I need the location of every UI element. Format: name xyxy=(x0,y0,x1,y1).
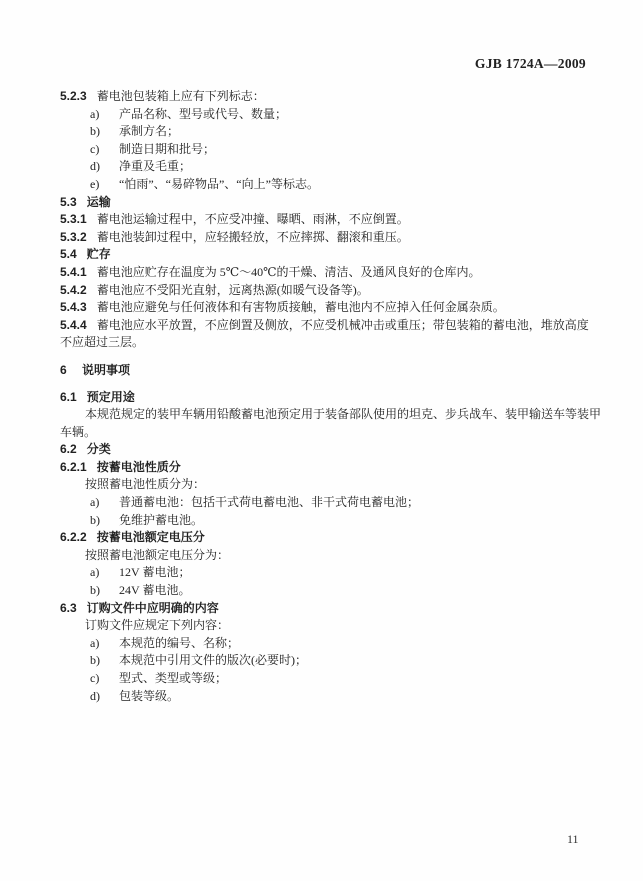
line-text: 蓄电池应避免与任何液体和有害物质接触，蓄电池内不应掉入任何金属杂质。 xyxy=(97,300,505,314)
line-text: 订购文件应规定下列内容： xyxy=(85,618,229,632)
line-text: 按蓄电池额定电压分 xyxy=(97,530,205,544)
list-item-label: b) xyxy=(90,582,119,600)
paragraph: 订购文件应规定下列内容： xyxy=(60,617,590,635)
paragraph: 本规范规定的装甲车辆用铅酸蓄电池预定用于装备部队使用的坦克、步兵战车、装甲输送车… xyxy=(60,406,590,424)
list-item: a)普通蓄电池：包括干式荷电蓄电池、非干式荷电蓄电池； xyxy=(60,494,590,512)
list-item: c)型式、类型或等级； xyxy=(60,670,590,688)
list-item: c)制造日期和批号； xyxy=(60,141,590,159)
line-continuation: 车辆。 xyxy=(60,424,590,442)
clause-line: 5.4.3蓄电池应避免与任何液体和有害物质接触，蓄电池内不应掉入任何金属杂质。 xyxy=(60,299,590,317)
page-number: 11 xyxy=(567,832,579,847)
list-item: b)本规范中引用文件的版次(必要时)； xyxy=(60,652,590,670)
section-heading: 6.3订购文件中应明确的内容 xyxy=(60,600,590,618)
clause-number: 6.2 xyxy=(60,441,87,459)
section-heading: 6.2.2按蓄电池额定电压分 xyxy=(60,529,590,547)
line-text: 蓄电池应不受阳光直射，远离热源(如暖气设备等)。 xyxy=(97,283,369,297)
line-text: 预定用途 xyxy=(87,390,135,404)
line-text: 型式、类型或等级； xyxy=(119,671,227,685)
line-text: 承制方名； xyxy=(119,124,179,138)
list-item-label: d) xyxy=(90,688,119,706)
line-text: 蓄电池装卸过程中，应轻搬轻放，不应摔掷、翻滚和重压。 xyxy=(97,230,409,244)
line-continuation: 不应超过三层。 xyxy=(60,334,590,352)
list-item-label: a) xyxy=(90,494,119,512)
section-heading: 6.1预定用途 xyxy=(60,389,590,407)
list-item: b)24V 蓄电池。 xyxy=(60,582,590,600)
clause-number: 5.4.2 xyxy=(60,282,97,300)
clause-number: 6 xyxy=(60,362,82,380)
list-item-label: a) xyxy=(90,564,119,582)
clause-number: 5.3 xyxy=(60,194,87,212)
line-text: 贮存 xyxy=(87,247,111,261)
clause-number: 6.2.2 xyxy=(60,529,97,547)
line-text: 蓄电池应贮存在温度为 5℃～40℃的干燥、清洁、及通风良好的仓库内。 xyxy=(97,265,481,279)
clause-line: 5.4.2蓄电池应不受阳光直射，远离热源(如暖气设备等)。 xyxy=(60,282,590,300)
clause-number: 5.2.3 xyxy=(60,88,97,106)
clause-number: 5.3.2 xyxy=(60,229,97,247)
line-text: 产品名称、型号或代号、数量； xyxy=(119,107,287,121)
clause-number: 5.3.1 xyxy=(60,211,97,229)
line-text: 普通蓄电池：包括干式荷电蓄电池、非干式荷电蓄电池； xyxy=(119,495,419,509)
line-text: 12V 蓄电池； xyxy=(119,565,190,579)
clause-line: 5.2.3蓄电池包装箱上应有下列标志： xyxy=(60,88,590,106)
list-item: e)“怕雨”、“易碎物品”、“向上”等标志。 xyxy=(60,176,590,194)
list-item-label: e) xyxy=(90,176,119,194)
line-text: 按照蓄电池性质分为： xyxy=(85,477,205,491)
list-item: b)免维护蓄电池。 xyxy=(60,512,590,530)
list-item-label: c) xyxy=(90,670,119,688)
list-item: a)产品名称、型号或代号、数量； xyxy=(60,106,590,124)
list-item-label: c) xyxy=(90,141,119,159)
chapter-heading: 6说明事项 xyxy=(60,362,590,380)
list-item: a)12V 蓄电池； xyxy=(60,564,590,582)
list-item-label: a) xyxy=(90,635,119,653)
document-page: GJB 1724A—2009 5.2.3蓄电池包装箱上应有下列标志：a)产品名称… xyxy=(0,0,643,881)
clause-number: 5.4.1 xyxy=(60,264,97,282)
line-text: 净重及毛重； xyxy=(119,159,191,173)
list-item: d)包装等级。 xyxy=(60,688,590,706)
clause-number: 6.2.1 xyxy=(60,459,97,477)
line-text: 按照蓄电池额定电压分为： xyxy=(85,548,229,562)
section-heading: 5.3运输 xyxy=(60,194,590,212)
list-item-label: a) xyxy=(90,106,119,124)
line-text: 制造日期和批号； xyxy=(119,142,215,156)
line-text: 本规范中引用文件的版次(必要时)； xyxy=(119,653,307,667)
paragraph: 按照蓄电池额定电压分为： xyxy=(60,547,590,565)
clause-number: 6.3 xyxy=(60,600,87,618)
line-text: 按蓄电池性质分 xyxy=(97,460,181,474)
standard-number-header: GJB 1724A—2009 xyxy=(475,56,586,72)
clause-number: 5.4.4 xyxy=(60,317,97,335)
line-text: 说明事项 xyxy=(82,363,130,377)
section-heading: 5.4贮存 xyxy=(60,246,590,264)
line-text: 分类 xyxy=(87,442,111,456)
section-heading: 6.2分类 xyxy=(60,441,590,459)
line-text: 本规范规定的装甲车辆用铅酸蓄电池预定用于装备部队使用的坦克、步兵战车、装甲输送车… xyxy=(85,407,601,421)
clause-line: 5.4.1蓄电池应贮存在温度为 5℃～40℃的干燥、清洁、及通风良好的仓库内。 xyxy=(60,264,590,282)
list-item-label: b) xyxy=(90,652,119,670)
list-item-label: b) xyxy=(90,512,119,530)
clause-number: 5.4 xyxy=(60,246,87,264)
paragraph: 按照蓄电池性质分为： xyxy=(60,476,590,494)
line-text: 蓄电池运输过程中，不应受冲撞、曝晒、雨淋，不应倒置。 xyxy=(97,212,409,226)
line-text: 蓄电池应水平放置，不应倒置及侧放，不应受机械冲击或重压；带包装箱的蓄电池，堆放高… xyxy=(97,318,589,332)
document-body: 5.2.3蓄电池包装箱上应有下列标志：a)产品名称、型号或代号、数量；b)承制方… xyxy=(60,88,590,705)
clause-number: 5.4.3 xyxy=(60,299,97,317)
line-text: 24V 蓄电池。 xyxy=(119,583,190,597)
list-item-label: d) xyxy=(90,158,119,176)
line-text: 本规范的编号、名称； xyxy=(119,636,239,650)
list-item-label: b) xyxy=(90,123,119,141)
line-text: “怕雨”、“易碎物品”、“向上”等标志。 xyxy=(119,177,319,191)
line-text: 蓄电池包装箱上应有下列标志： xyxy=(97,89,265,103)
clause-line: 5.4.4蓄电池应水平放置，不应倒置及侧放，不应受机械冲击或重压；带包装箱的蓄电… xyxy=(60,317,590,335)
list-item: d)净重及毛重； xyxy=(60,158,590,176)
clause-line: 5.3.1蓄电池运输过程中，不应受冲撞、曝晒、雨淋，不应倒置。 xyxy=(60,211,590,229)
line-text: 运输 xyxy=(87,195,111,209)
clause-number: 6.1 xyxy=(60,389,87,407)
line-text: 免维护蓄电池。 xyxy=(119,513,203,527)
clause-line: 5.3.2蓄电池装卸过程中，应轻搬轻放，不应摔掷、翻滚和重压。 xyxy=(60,229,590,247)
line-text: 包装等级。 xyxy=(119,689,179,703)
list-item: b)承制方名； xyxy=(60,123,590,141)
list-item: a)本规范的编号、名称； xyxy=(60,635,590,653)
line-text: 订购文件中应明确的内容 xyxy=(87,601,219,615)
section-heading: 6.2.1按蓄电池性质分 xyxy=(60,459,590,477)
